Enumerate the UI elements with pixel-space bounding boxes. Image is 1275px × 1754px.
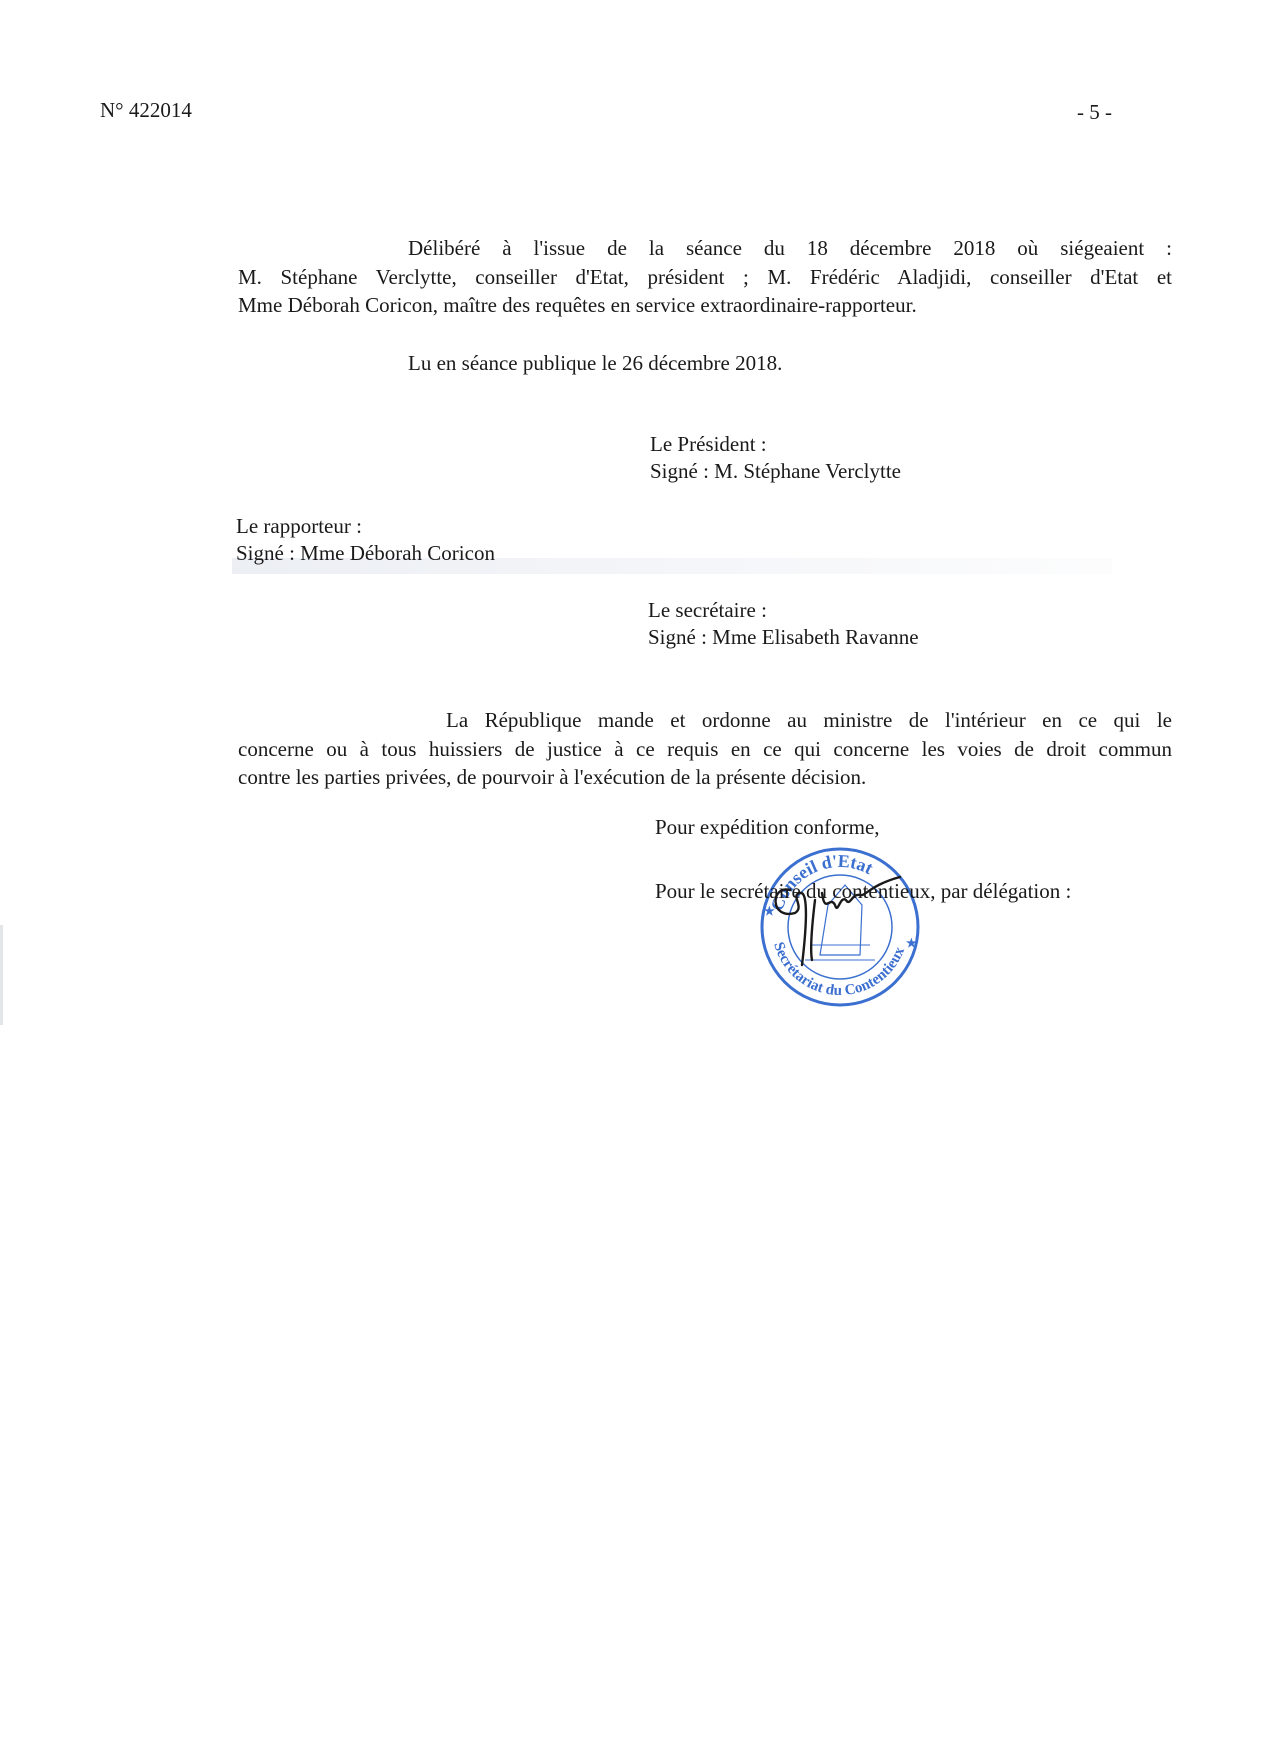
secretaire-role: Le secrétaire :: [648, 596, 767, 624]
case-number: N° 422014: [100, 96, 192, 124]
president-signed: Signé : M. Stéphane Verclytte: [650, 457, 901, 485]
deliberation-line-2: M. Stéphane Verclytte, conseiller d'Etat…: [238, 263, 1172, 292]
reading-date: Lu en séance publique le 26 décembre 201…: [408, 349, 782, 377]
execution-line-3: contre les parties privées, de pourvoir …: [238, 763, 1172, 792]
certification-line-1: Pour expédition conforme,: [655, 813, 880, 841]
president-role: Le Président :: [650, 430, 767, 458]
page-number: - 5 -: [1077, 98, 1112, 126]
svg-text:★: ★: [764, 904, 775, 918]
rapporteur-signed: Signé : Mme Déborah Coricon: [236, 539, 495, 567]
execution-line-2: concerne ou à tous huissiers de justice …: [238, 735, 1172, 764]
deliberation-paragraph: Délibéré à l'issue de la séance du 18 dé…: [238, 234, 1172, 320]
deliberation-line-3: Mme Déborah Coricon, maître des requêtes…: [238, 291, 1172, 320]
deliberation-line-1: Délibéré à l'issue de la séance du 18 dé…: [238, 234, 1172, 263]
rapporteur-role: Le rapporteur :: [236, 512, 362, 540]
certification-line-2: Pour le secrétaire du contentieux, par d…: [655, 877, 1071, 905]
scan-edge-mark: [0, 925, 3, 1025]
execution-paragraph: La République mande et ordonne au minist…: [238, 706, 1172, 792]
svg-text:★: ★: [906, 936, 917, 950]
secretaire-signed: Signé : Mme Elisabeth Ravanne: [648, 623, 919, 651]
execution-line-1: La République mande et ordonne au minist…: [238, 706, 1172, 735]
official-stamp-icon: Conseil d'Etat Secrétariat du Contentieu…: [750, 845, 930, 1010]
